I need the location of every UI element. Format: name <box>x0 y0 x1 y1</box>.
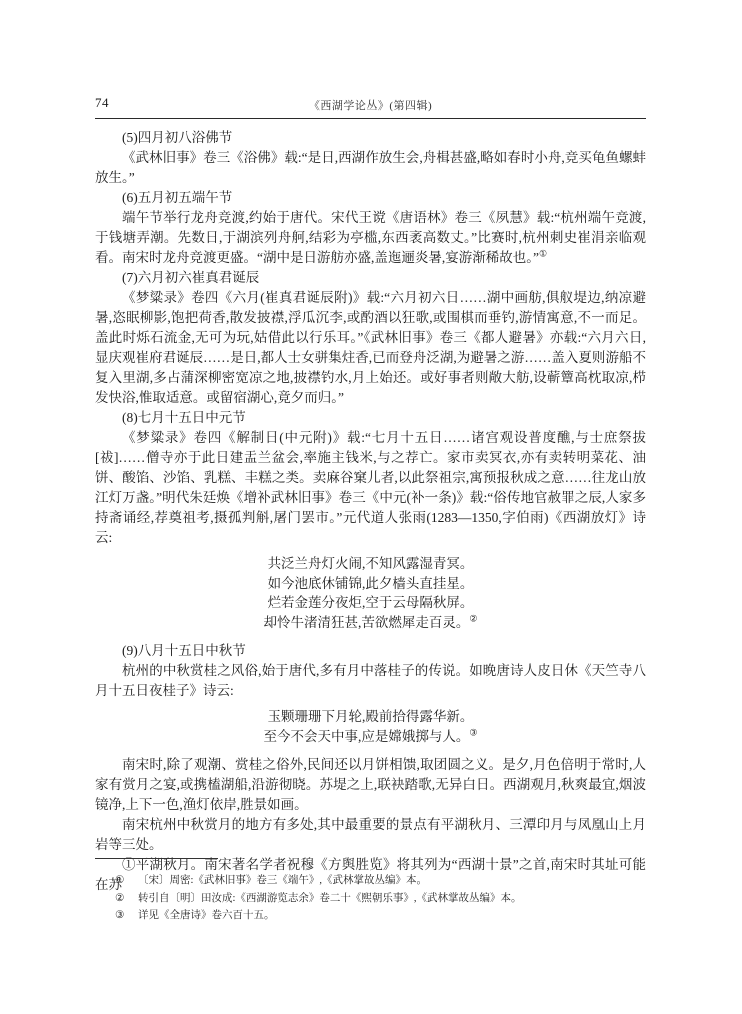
paragraph: 南宋杭州中秋赏月的地方有多处,其中最重要的景点有平湖秋月、三潭印月与凤凰山上月岩… <box>95 815 646 855</box>
paragraph: (9)八月十五日中秋节 <box>95 641 646 661</box>
paragraph: 杭州的中秋赏桂之风俗,始于唐代,多有月中落桂子的传说。如晚唐诗人皮日休《天竺寺八… <box>95 661 646 701</box>
poem: 共泛兰舟灯火闹,不知风露湿青冥。如今池底休铺锦,此夕樯头直挂星。烂若金莲分夜炬,… <box>95 554 646 632</box>
poem-line: 烂若金莲分夜炬,空于云母隔秋屏。 <box>95 593 646 613</box>
header-rule <box>95 118 646 119</box>
footnote-marker: ③ <box>115 907 138 925</box>
poem-line: 如今池底休铺锦,此夕樯头直挂星。 <box>95 574 646 594</box>
footnote-ref: ③ <box>469 727 477 737</box>
footnotes: ①〔宋〕周密:《武林旧事》卷三《端午》,《武林掌故丛编》本。②转引自〔明〕田汝成… <box>95 858 646 925</box>
paragraph: (8)七月十五日中元节 <box>95 408 646 428</box>
footnote: ②转引自〔明〕田汝成:《西湖游览志余》卷二十《熙朝乐事》,《武林掌故丛编》本。 <box>95 890 646 908</box>
footnote: ③详见《全唐诗》卷六百十五。 <box>95 907 646 925</box>
poem-line: 玉颗珊珊下月轮,殿前拾得露华新。 <box>95 707 646 727</box>
paragraph: 端午节举行龙舟竞渡,约始于唐代。宋代王谠《唐语林》卷三《夙慧》载:“杭州端午竞渡… <box>95 208 646 268</box>
footnote: ①〔宋〕周密:《武林旧事》卷三《端午》,《武林掌故丛编》本。 <box>95 872 646 890</box>
poem-line: 却怜牛渚清狂甚,苦欲燃犀走百灵。② <box>95 613 646 633</box>
footnote-marker: ① <box>115 872 138 890</box>
content: (5)四月初八浴佛节《武林旧事》卷三《浴佛》载:“是日,西湖作放生会,舟楫甚盛,… <box>95 128 646 895</box>
footnote-ref: ① <box>539 249 547 259</box>
footnote-rule <box>95 858 218 859</box>
book-page: 74 《西湖学论丛》(第四辑) (5)四月初八浴佛节《武林旧事》卷三《浴佛》载:… <box>0 0 742 1014</box>
poem-line: 至今不会天中事,应是嫦娥掷与人。③ <box>95 727 646 747</box>
footnote-text: 详见《全唐诗》卷六百十五。 <box>138 910 275 921</box>
paragraph: (6)五月初五端午节 <box>95 188 646 208</box>
footnote-text: 〔宋〕周密:《武林旧事》卷三《端午》,《武林掌故丛编》本。 <box>138 875 427 886</box>
paragraph: 南宋时,除了观潮、赏桂之俗外,民间还以月饼相馈,取团圆之义。是夕,月色倍明于常时… <box>95 755 646 815</box>
footnote-text: 转引自〔明〕田汝成:《西湖游览志余》卷二十《熙朝乐事》,《武林掌故丛编》本。 <box>138 893 522 904</box>
running-head-title: 《西湖学论丛》(第四辑) <box>95 97 646 113</box>
paragraph: 《梦粱录》卷四《六月(崔真君诞辰附)》载:“六月初六日……湖中画舫,俱舣堤边,纳… <box>95 288 646 408</box>
paragraph: 《武林旧事》卷三《浴佛》载:“是日,西湖作放生会,舟楫甚盛,略如春时小舟,竞买龟… <box>95 148 646 188</box>
running-head: 74 《西湖学论丛》(第四辑) <box>95 95 646 115</box>
paragraph: (5)四月初八浴佛节 <box>95 128 646 148</box>
footnote-list: ①〔宋〕周密:《武林旧事》卷三《端午》,《武林掌故丛编》本。②转引自〔明〕田汝成… <box>95 872 646 925</box>
footnote-marker: ② <box>115 890 138 908</box>
footnote-ref: ② <box>469 613 477 623</box>
paragraph: (7)六月初六崔真君诞辰 <box>95 268 646 288</box>
poem: 玉颗珊珊下月轮,殿前拾得露华新。至今不会天中事,应是嫦娥掷与人。③ <box>95 707 646 746</box>
poem-line: 共泛兰舟灯火闹,不知风露湿青冥。 <box>95 554 646 574</box>
paragraph: 《梦粱录》卷四《解制日(中元附)》载:“七月十五日……诸宫观设普度醮,与士庶祭拔… <box>95 428 646 548</box>
